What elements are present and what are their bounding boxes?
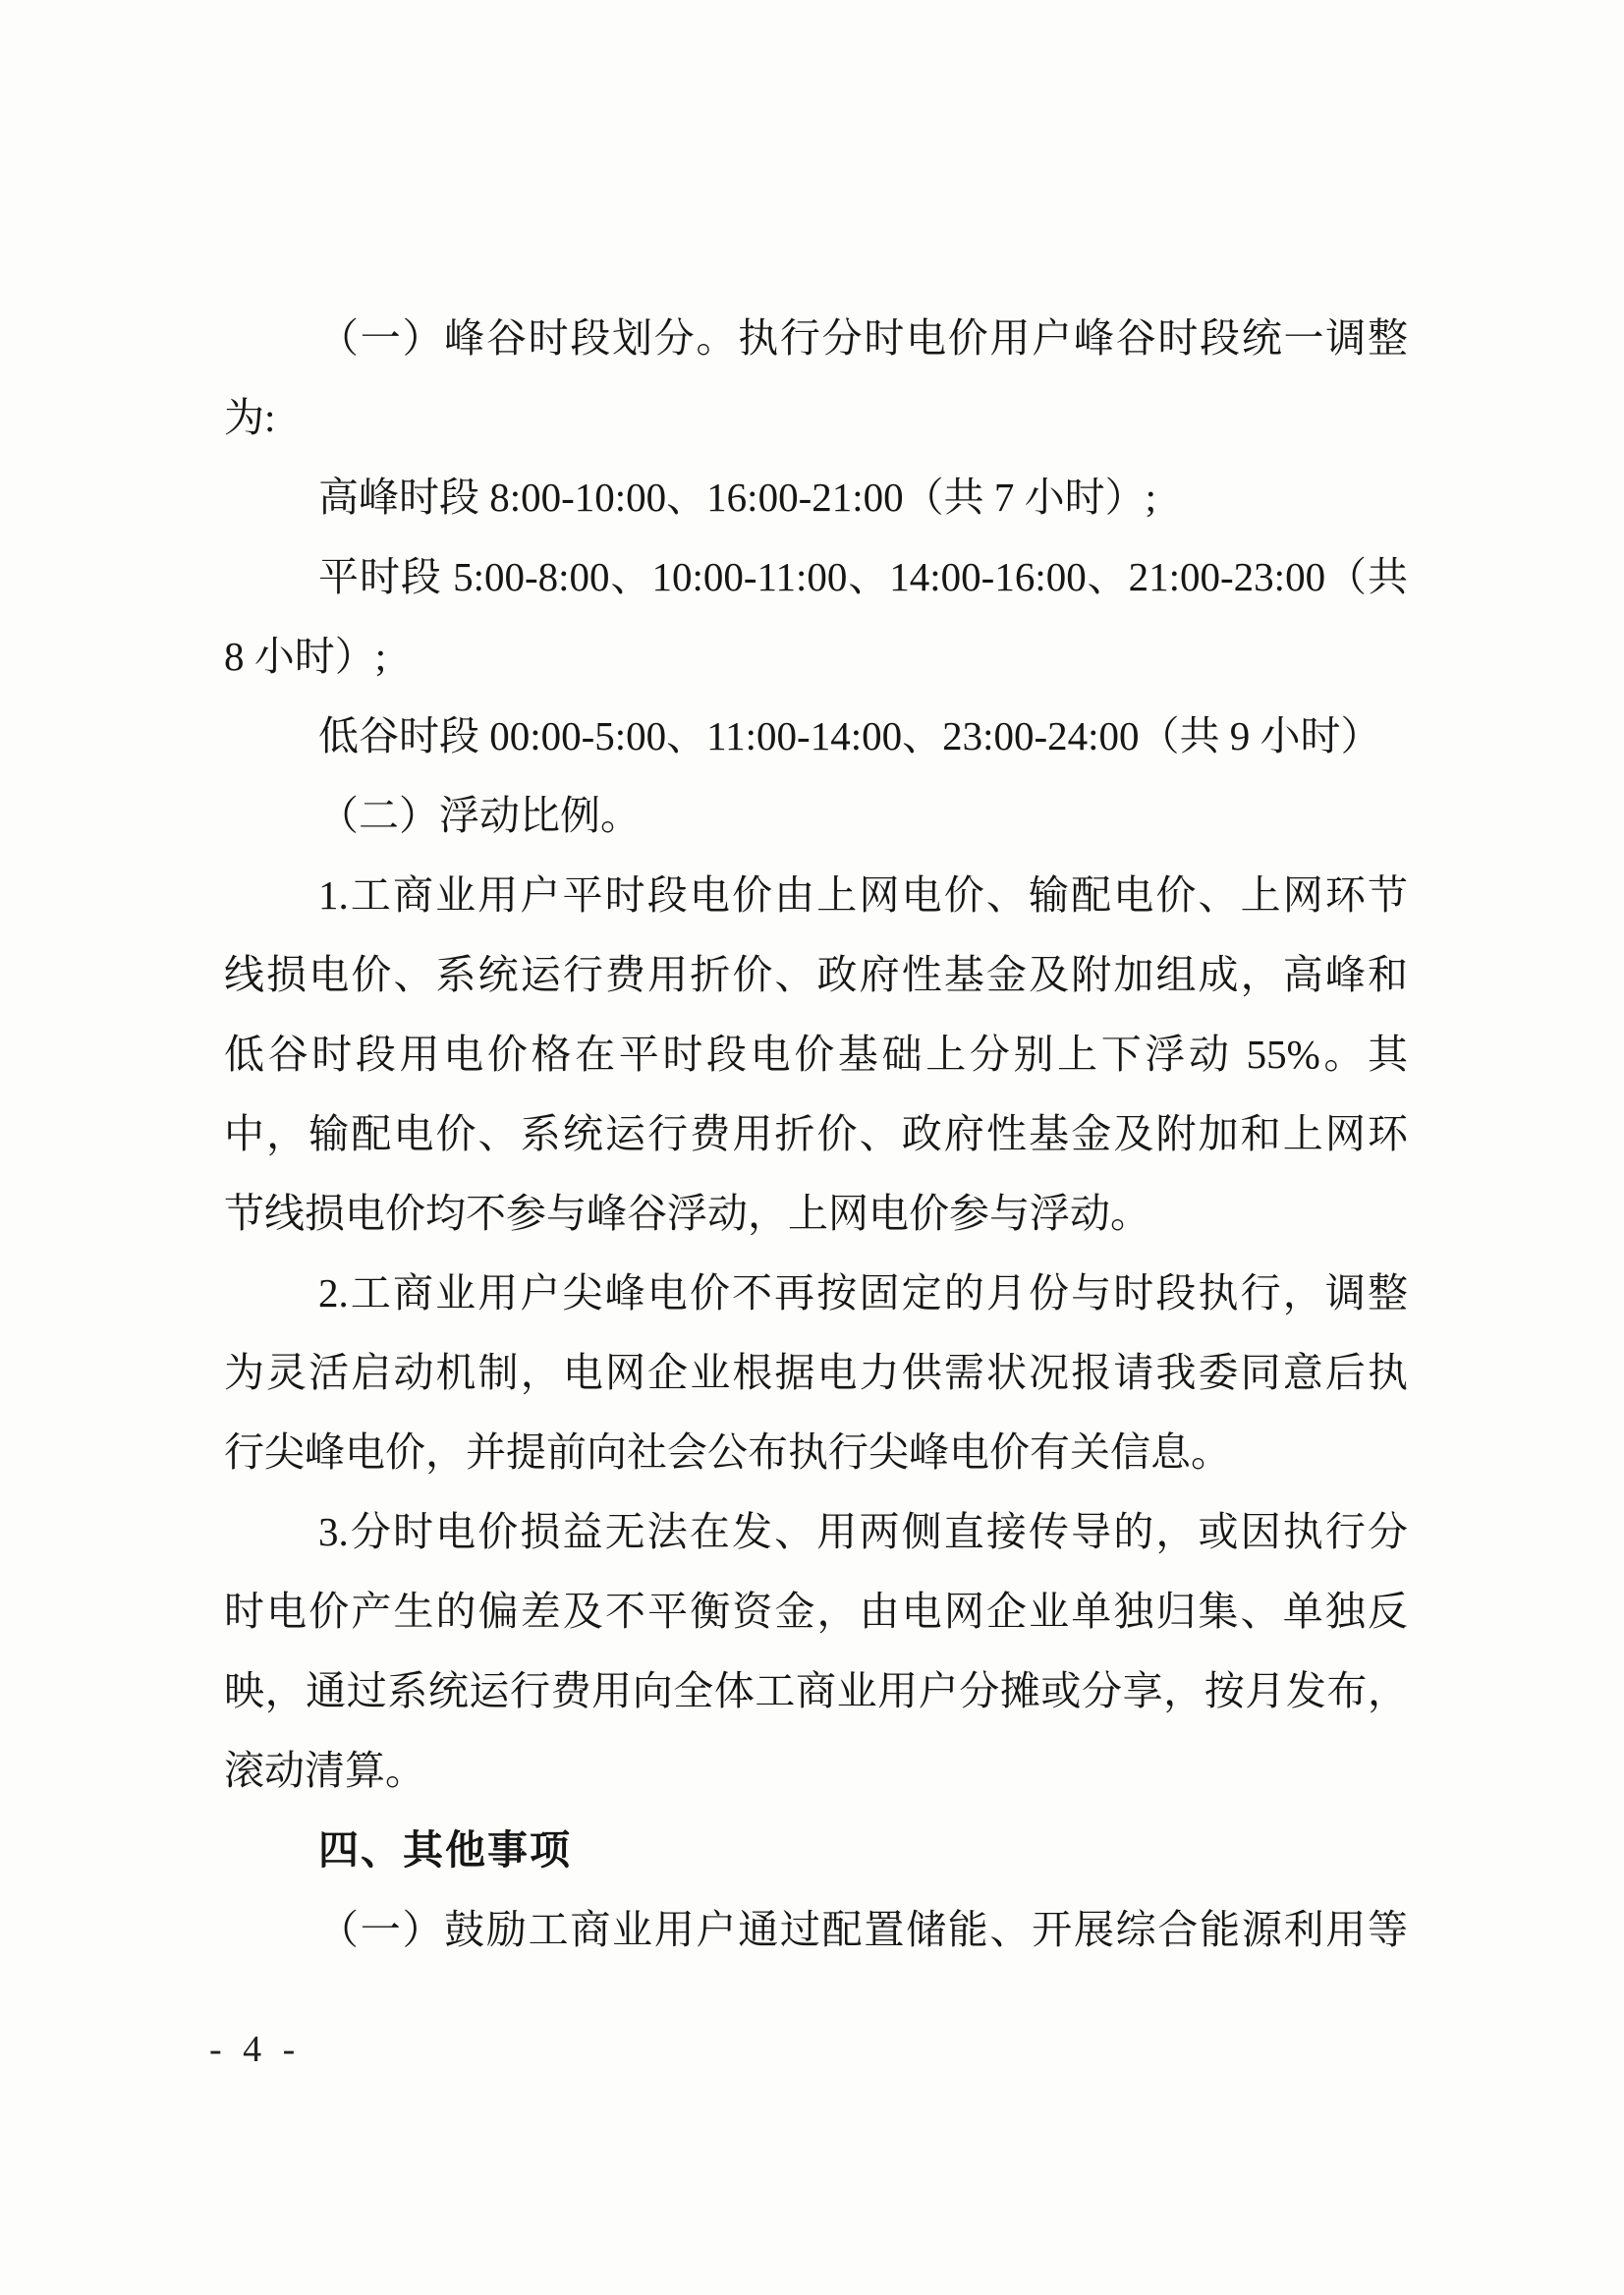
text-line: 2.工商业用户尖峰电价不再按固定的月份与时段执行，调整 [224,1254,1408,1333]
text-line: 时电价产生的偏差及不平衡资金，由电网企业单独归集、单独反 [224,1572,1408,1651]
text-line: 为: [224,378,1408,458]
text-line: 节线损电价均不参与峰谷浮动，上网电价参与浮动。 [224,1174,1408,1254]
text-line: 行尖峰电价，并提前向社会公布执行尖峰电价有关信息。 [224,1413,1408,1492]
document-body: （一）峰谷时段划分。执行分时电价用户峰谷时段统一调整为:高峰时段 8:00-10… [224,299,1408,1970]
text-line: 8 小时）; [224,617,1408,697]
text-line: （一）鼓励工商业用户通过配置储能、开展综合能源利用等 [224,1890,1408,1970]
page-number: - 4 - [209,2027,301,2072]
text-line: 平时段 5:00-8:00、10:00-11:00、14:00-16:00、21… [224,537,1408,617]
text-line: （二）浮动比例。 [224,776,1408,856]
document-page: （一）峰谷时段划分。执行分时电价用户峰谷时段统一调整为:高峰时段 8:00-10… [0,0,1624,2295]
text-line: 线损电价、系统运行费用折价、政府性基金及附加组成，高峰和 [224,935,1408,1015]
text-line: 中，输配电价、系统运行费用折价、政府性基金及附加和上网环 [224,1094,1408,1174]
text-line: 低谷时段 00:00-5:00、11:00-14:00、23:00-24:00（… [224,697,1408,776]
text-line: 映，通过系统运行费用向全体工商业用户分摊或分享，按月发布， [224,1651,1408,1731]
text-line: 1.工商业用户平时段电价由上网电价、输配电价、上网环节 [224,856,1408,935]
text-line: 低谷时段用电价格在平时段电价基础上分别上下浮动 55%。其 [224,1015,1408,1094]
section-heading: 四、其他事项 [224,1811,1408,1890]
text-line: 高峰时段 8:00-10:00、16:00-21:00（共 7 小时）; [224,458,1408,537]
text-line: 滚动清算。 [224,1731,1408,1811]
text-line: 3.分时电价损益无法在发、用两侧直接传导的，或因执行分 [224,1492,1408,1572]
text-line: （一）峰谷时段划分。执行分时电价用户峰谷时段统一调整 [224,299,1408,378]
text-line: 为灵活启动机制，电网企业根据电力供需状况报请我委同意后执 [224,1333,1408,1413]
